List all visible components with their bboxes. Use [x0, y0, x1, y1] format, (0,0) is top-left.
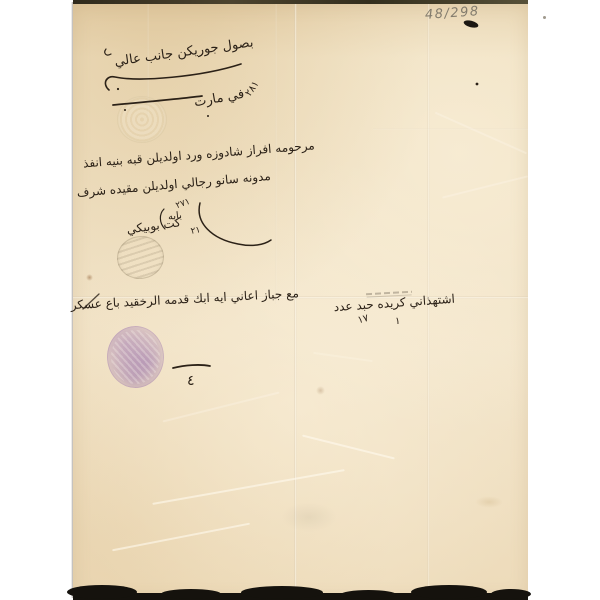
bottom-edge-blob — [161, 589, 221, 599]
handwritten-body-line-1: مرحومه افراز شادوزه ورد اولديلن قبه بنيه… — [93, 139, 315, 169]
paper-bottom-edge-shadow — [73, 582, 528, 600]
faint-stain-smudge — [475, 496, 503, 508]
bottom-edge-blob — [411, 585, 487, 599]
document-photo: بصول جوريكن جانب عالي ٢٨١ في مارت مرحومه… — [0, 0, 600, 600]
scratch-mark — [302, 435, 395, 459]
embossed-blind-seal — [117, 96, 167, 143]
faint-oval-seal — [114, 233, 167, 282]
scratch-mark — [313, 352, 373, 362]
scratch-mark — [442, 175, 528, 198]
handwritten-top-line: بصول جوريكن جانب عالي — [105, 35, 263, 70]
handwritten-date-word: في مارت — [193, 88, 245, 110]
purple-round-seal — [107, 326, 164, 388]
bottom-edge-blob — [341, 590, 396, 599]
handwritten-mid-line: مع جباز اعاني ايه ابك قدمه الرخقيد باع ع… — [77, 287, 299, 311]
scratch-mark — [435, 112, 527, 154]
stray-pencil-dot — [543, 16, 546, 19]
scratch-mark — [152, 469, 344, 504]
scratch-mark — [163, 392, 280, 422]
bottom-edge-blob — [67, 585, 137, 599]
handwritten-body-line-2: مدونه سانو رجالي اولديلن مقيده شرف — [107, 170, 271, 197]
handwritten-note-21: ٢١ — [190, 226, 201, 237]
bottom-edge-blob — [491, 589, 531, 599]
ink-bleedthrough-smudge — [281, 502, 337, 532]
handwritten-date-numerals: ٢٨١ — [244, 80, 262, 99]
pencil-catalog-number: 48/298 — [425, 4, 481, 23]
faint-stain-spot — [316, 386, 325, 395]
brown-stain-spot — [86, 274, 93, 281]
handwritten-right-note-num-a: ١ — [395, 317, 400, 328]
bottom-edge-blob — [241, 586, 323, 599]
handwritten-right-note-num-b: ١٧ — [357, 314, 370, 327]
horizontal-crease-upper-right — [373, 128, 528, 130]
handwritten-seal-note-numeral: ٤ — [187, 374, 195, 389]
scratch-mark — [112, 523, 250, 551]
aged-paper-sheet: بصول جوريكن جانب عالي ٢٨١ في مارت مرحومه… — [73, 4, 528, 600]
handwritten-note-271: ٢٧١ — [175, 198, 192, 212]
handwritten-signature: كت بوبيكي — [110, 216, 181, 238]
